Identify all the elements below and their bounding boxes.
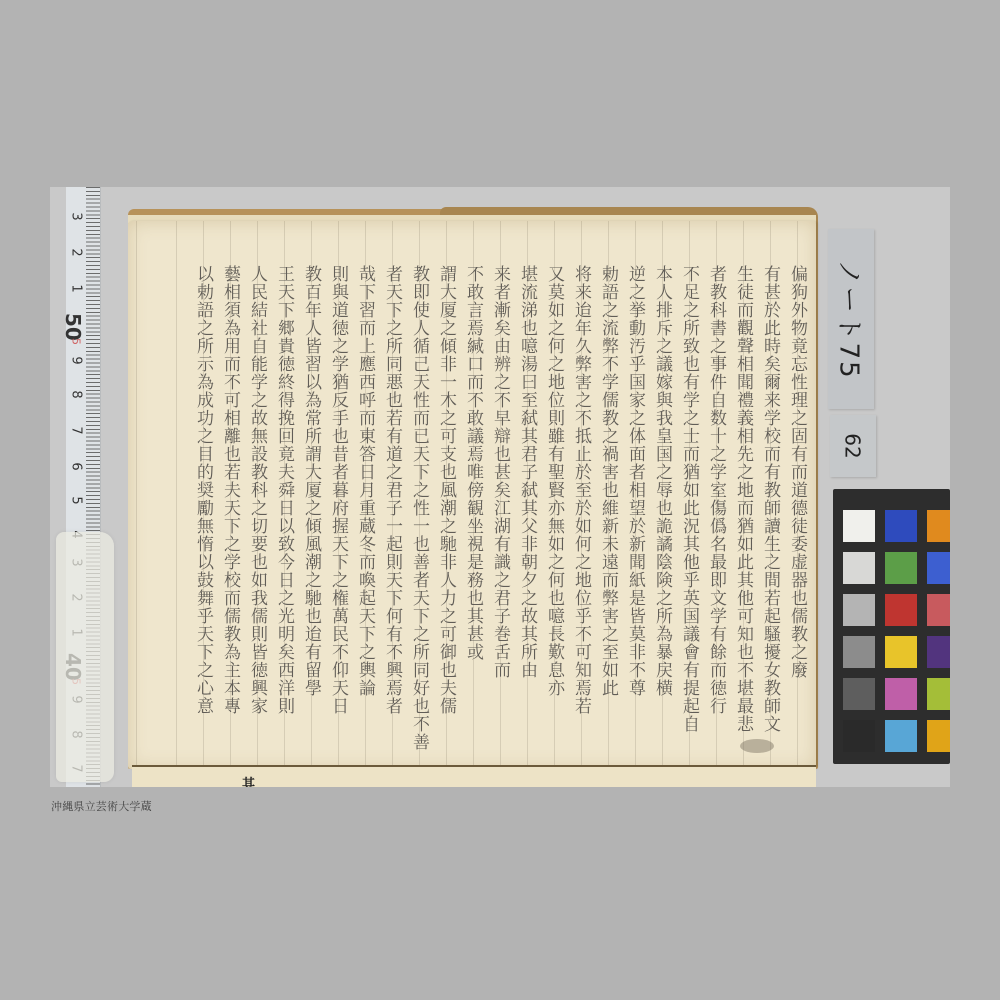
catalog-label-text: ノート75: [833, 259, 870, 379]
text-column: 不敢言焉緘口而不敢議焉唯傍観坐視是務也其甚或: [459, 265, 486, 757]
text-column: 本人排斥之議嫁與我皇国之辱也詭譎陰険之所為暴戻横: [648, 265, 675, 757]
text-column: 藝相須為用而不可相離也若夫天下之学校而儒教為主本專: [216, 265, 243, 757]
text-column: 逆之挙動汚乎国家之体面者相望於新聞紙是皆莫非不尊: [621, 265, 648, 757]
archival-photograph: 3 2 1 50 5 9 8 7 6 5 4 3 2 1 40 5 9 8 7 …: [50, 187, 950, 787]
text-column: 者教科書之事件自数十之学室傷僞名最即文学有餘而徳行: [702, 265, 729, 757]
text-column: 不足之所致也有学之士而猶如此況其他乎英国議會有提起自: [675, 265, 702, 757]
ink-stain: [740, 739, 774, 753]
ruler-number: 9: [69, 353, 84, 369]
page-number-text: 62: [841, 433, 865, 458]
color-swatch: [843, 594, 875, 626]
text-column: 哉下習而上應西呼而東答日月重蔵冬而喚起天下之輿論: [351, 265, 378, 757]
text-column: 有甚於此時矣爾来学校而有教師讀生之間若起騷擾女教師文: [756, 265, 783, 757]
color-swatch: [885, 552, 917, 584]
color-swatch: [927, 678, 950, 710]
color-swatch: [843, 510, 875, 542]
text-column: 則與道徳之学猶反手也昔者暮府握天下之権萬民不仰天日: [324, 265, 351, 757]
color-swatch: [885, 678, 917, 710]
color-swatch: [843, 678, 875, 710]
text-column: 勅語之流弊不学儒教之禍害也維新未遠而弊害之至如此: [594, 265, 621, 757]
color-swatch: [927, 720, 950, 752]
text-column: 謂大厦之傾非一木之可支也風潮之馳非人力之可御也夫儒: [432, 265, 459, 757]
color-swatch: [927, 552, 950, 584]
manuscript-text: 偏狗外物竟忘性理之固有而道德徒委虚器也儒教之廢 有甚於此時矣爾来学校而有教師讀生…: [170, 265, 810, 765]
color-swatch: [885, 594, 917, 626]
color-swatch: [927, 594, 950, 626]
ruler-number: 5: [69, 493, 84, 509]
text-column: 偏狗外物竟忘性理之固有而道德徒委虚器也儒教之廢: [783, 265, 810, 757]
ruler-number: 3: [69, 209, 84, 225]
ruler-number: 7: [69, 423, 84, 439]
text-column: 教百年人皆習以為常所謂大厦之傾風潮之馳也迨有留學: [297, 265, 324, 757]
text-column: 又莫如之何之地位則雖有聖賢亦無如之何也噫長歎息亦: [540, 265, 567, 757]
collection-credit: 沖縄県立芸術大学蔵: [51, 798, 152, 814]
text-column: 生徒而觀聲相聞禮義相先之地而猶如此其他可知也不堪最悲: [729, 265, 756, 757]
ruler-number: 5: [70, 334, 83, 350]
color-swatch: [885, 720, 917, 752]
ruler-number: 6: [69, 459, 84, 475]
color-checker-card: [833, 489, 950, 764]
color-swatch: [885, 510, 917, 542]
ruler-number: 50: [61, 313, 85, 329]
page-number-label: 62: [830, 415, 876, 477]
next-page-character: 其: [242, 773, 255, 787]
text-column: 教即使人循己天性而已天下之性一也善者天下之所同好也不善: [405, 265, 432, 757]
color-swatch: [927, 510, 950, 542]
ruler-number: 1: [69, 281, 84, 297]
color-swatch: [927, 636, 950, 668]
adhesive-tape: [56, 532, 114, 782]
ruler-number: 8: [69, 387, 84, 403]
color-swatch: [843, 636, 875, 668]
text-column: 者天下之所同悪也若有道之君子一起則天下何有不興焉者: [378, 265, 405, 757]
text-column: 王天下郷貴徳終得挽回竟夫舜日以致今日之光明矣西洋則: [270, 265, 297, 757]
text-column: 来者漸矣由辨之不早辯也甚矣江湖有識之君子巻舌而: [486, 265, 513, 757]
catalog-label: ノート75: [828, 229, 874, 409]
text-column: 堪流涕也噫湯曰至弑其君子弑其父非朝夕之故其所由: [513, 265, 540, 757]
next-page-edge: 其: [132, 765, 816, 787]
color-swatch: [885, 636, 917, 668]
text-column: 人民結社自能学之故無設教科之切要也如我儒則皆徳興家: [243, 265, 270, 757]
text-column: 将来迨年久弊害之不抵止於至於如何之地位乎不可知焉若: [567, 265, 594, 757]
ruler-number: 2: [69, 245, 84, 261]
text-column: 以勅語之所示為成功之目的奨勵無惰以鼓舞乎天下之心意: [189, 265, 216, 757]
color-swatch: [843, 720, 875, 752]
color-swatch: [843, 552, 875, 584]
